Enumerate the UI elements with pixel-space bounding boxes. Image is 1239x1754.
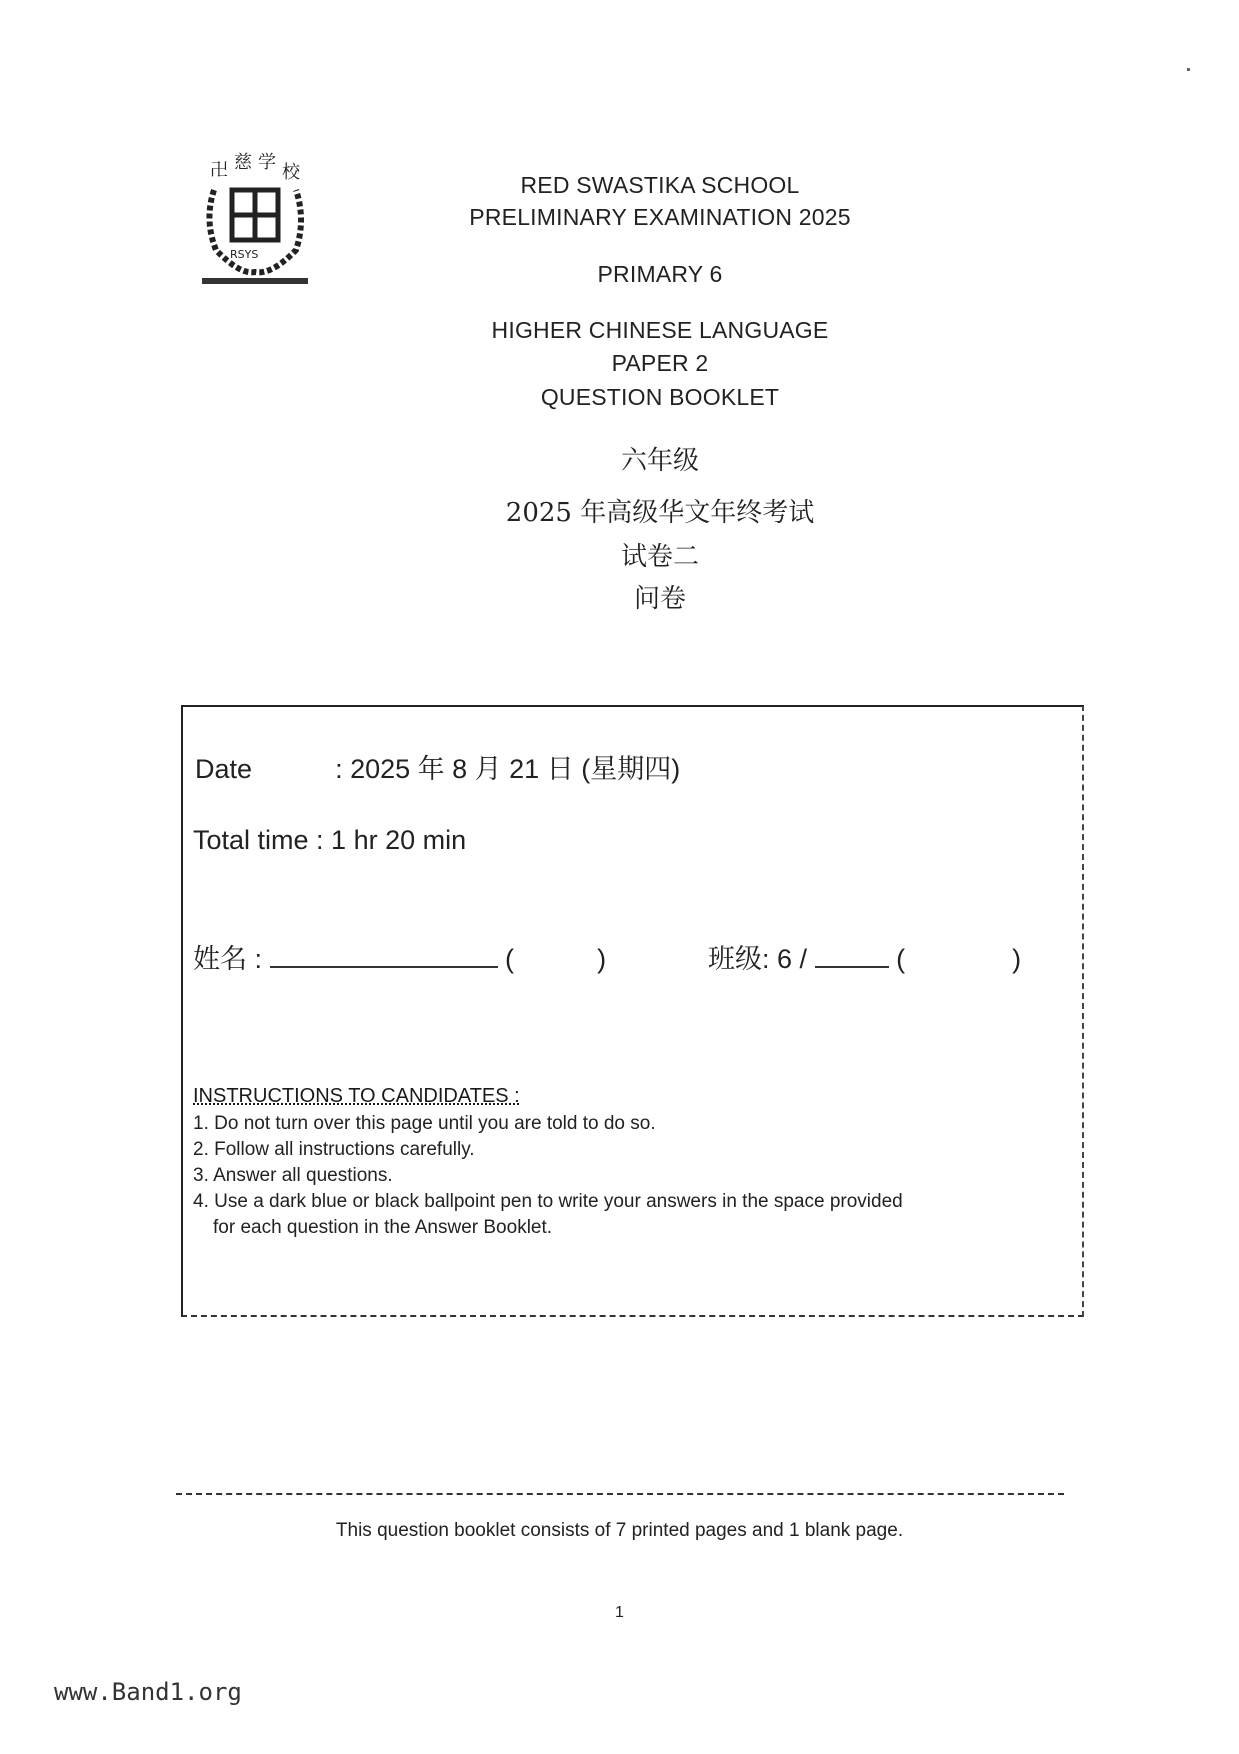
- candidate-details-box: Date : 2025 年 8 月 21 日 (星期四) Total time …: [181, 705, 1084, 1317]
- total-time: Total time : 1 hr 20 min: [193, 825, 466, 856]
- instruction-item: 2. Follow all instructions carefully.: [193, 1137, 903, 1163]
- footer-divider: [176, 1493, 1064, 1495]
- level: PRIMARY 6: [400, 257, 920, 291]
- instruction-item: for each question in the Answer Booklet.: [193, 1215, 903, 1241]
- page-number: 1: [0, 1604, 1239, 1622]
- name-label: 姓名 :: [193, 944, 262, 974]
- subject: HIGHER CHINESE LANGUAGE: [400, 313, 920, 347]
- instruction-item: 3. Answer all questions.: [193, 1163, 903, 1189]
- class-label: 班级: 6 /: [708, 944, 807, 974]
- class-field[interactable]: [815, 966, 889, 968]
- svg-text:RSYS: RSYS: [230, 248, 258, 261]
- cn-exam-title: 2025 年高级华文年终考试: [400, 492, 920, 529]
- school-name: RED SWASTIKA SCHOOL: [400, 168, 920, 202]
- booklet-type: QUESTION BOOKLET: [400, 380, 920, 414]
- svg-text:慈: 慈: [234, 152, 252, 173]
- cn-booklet: 问卷: [400, 578, 920, 615]
- instructions-title: INSTRUCTIONS TO CANDIDATES :: [193, 1085, 520, 1108]
- svg-text:校: 校: [282, 162, 301, 183]
- cn-paper: 试卷二: [400, 536, 920, 573]
- instruction-item: 4. Use a dark blue or black ballpoint pe…: [193, 1189, 903, 1215]
- school-crest-icon: 卍 慈 学 校 RSYS: [200, 150, 310, 290]
- scan-speck: [1187, 68, 1190, 71]
- instructions-list: 1. Do not turn over this page until you …: [193, 1111, 903, 1241]
- exam-title: PRELIMINARY EXAMINATION 2025: [400, 200, 920, 234]
- name-field[interactable]: [270, 966, 498, 968]
- paper-number: PAPER 2: [400, 346, 920, 380]
- date-value: : 2025 年 8 月 21 日 (星期四): [335, 754, 680, 784]
- name-row: 姓名 : ( ): [193, 937, 606, 976]
- date-row: Date : 2025 年 8 月 21 日 (星期四): [195, 747, 680, 786]
- cn-level: 六年级: [400, 440, 920, 477]
- watermark: www.Band1.org: [54, 1678, 242, 1706]
- page-count-note: This question booklet consists of 7 prin…: [0, 1520, 1239, 1542]
- svg-text:卍: 卍: [210, 160, 228, 181]
- class-row: 班级: 6 / ( ): [708, 937, 1021, 976]
- instruction-item: 1. Do not turn over this page until you …: [193, 1111, 903, 1137]
- svg-text:学: 学: [258, 152, 276, 173]
- date-label: Date: [195, 754, 252, 784]
